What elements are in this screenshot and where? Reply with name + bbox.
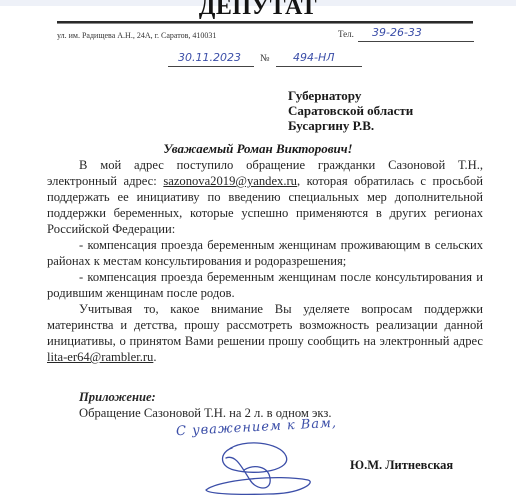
letter-body: В мой адрес поступило обращение гражданк… <box>47 157 483 365</box>
email-link-sazonova[interactable]: sazonova2019@yandex.ru <box>163 174 297 188</box>
paragraph-2: Учитывая то, какое внимание Вы уделяете … <box>47 301 483 365</box>
tel-value: 39-26-33 <box>372 26 422 39</box>
addressee-line: Губернатору <box>288 88 413 103</box>
addressee-line: Бусаргину Р.В. <box>288 118 413 133</box>
salutation: Уважаемый Роман Викторович! <box>0 141 516 157</box>
registration-date: 30.11.2023 <box>178 51 241 64</box>
list-item-1: - компенсация проезда беременным женщина… <box>47 237 483 269</box>
number-label: № <box>260 53 270 64</box>
paragraph-1: В мой адрес поступило обращение гражданк… <box>47 157 483 237</box>
addressee-block: Губернатору Саратовской области Бусаргин… <box>288 88 413 133</box>
paragraph-text: Учитывая то, какое внимание Вы уделяете … <box>47 302 483 348</box>
letterhead-title: ДЕПУТАТ <box>0 0 516 21</box>
registration-number: 494-НЛ <box>293 51 335 64</box>
list-item-2: - компенсация проезда беременным женщина… <box>47 269 483 301</box>
signature-icon <box>198 440 318 497</box>
appendix-label: Приложение: <box>79 389 331 405</box>
signer-name: Ю.М. Литневская <box>350 458 453 473</box>
email-link-lita[interactable]: lita-er64@rambler.ru <box>47 350 153 364</box>
tel-label: Тел. <box>338 29 354 39</box>
letterhead-rule <box>57 21 473 24</box>
appendix-block: Приложение: Обращение Сазоновой Т.Н. на … <box>79 389 331 421</box>
addressee-line: Саратовской области <box>288 103 413 118</box>
paragraph-text: . <box>153 350 156 364</box>
letterhead-address: ул. им. Радищева А.Н., 24А, г. Саратов, … <box>57 31 216 40</box>
